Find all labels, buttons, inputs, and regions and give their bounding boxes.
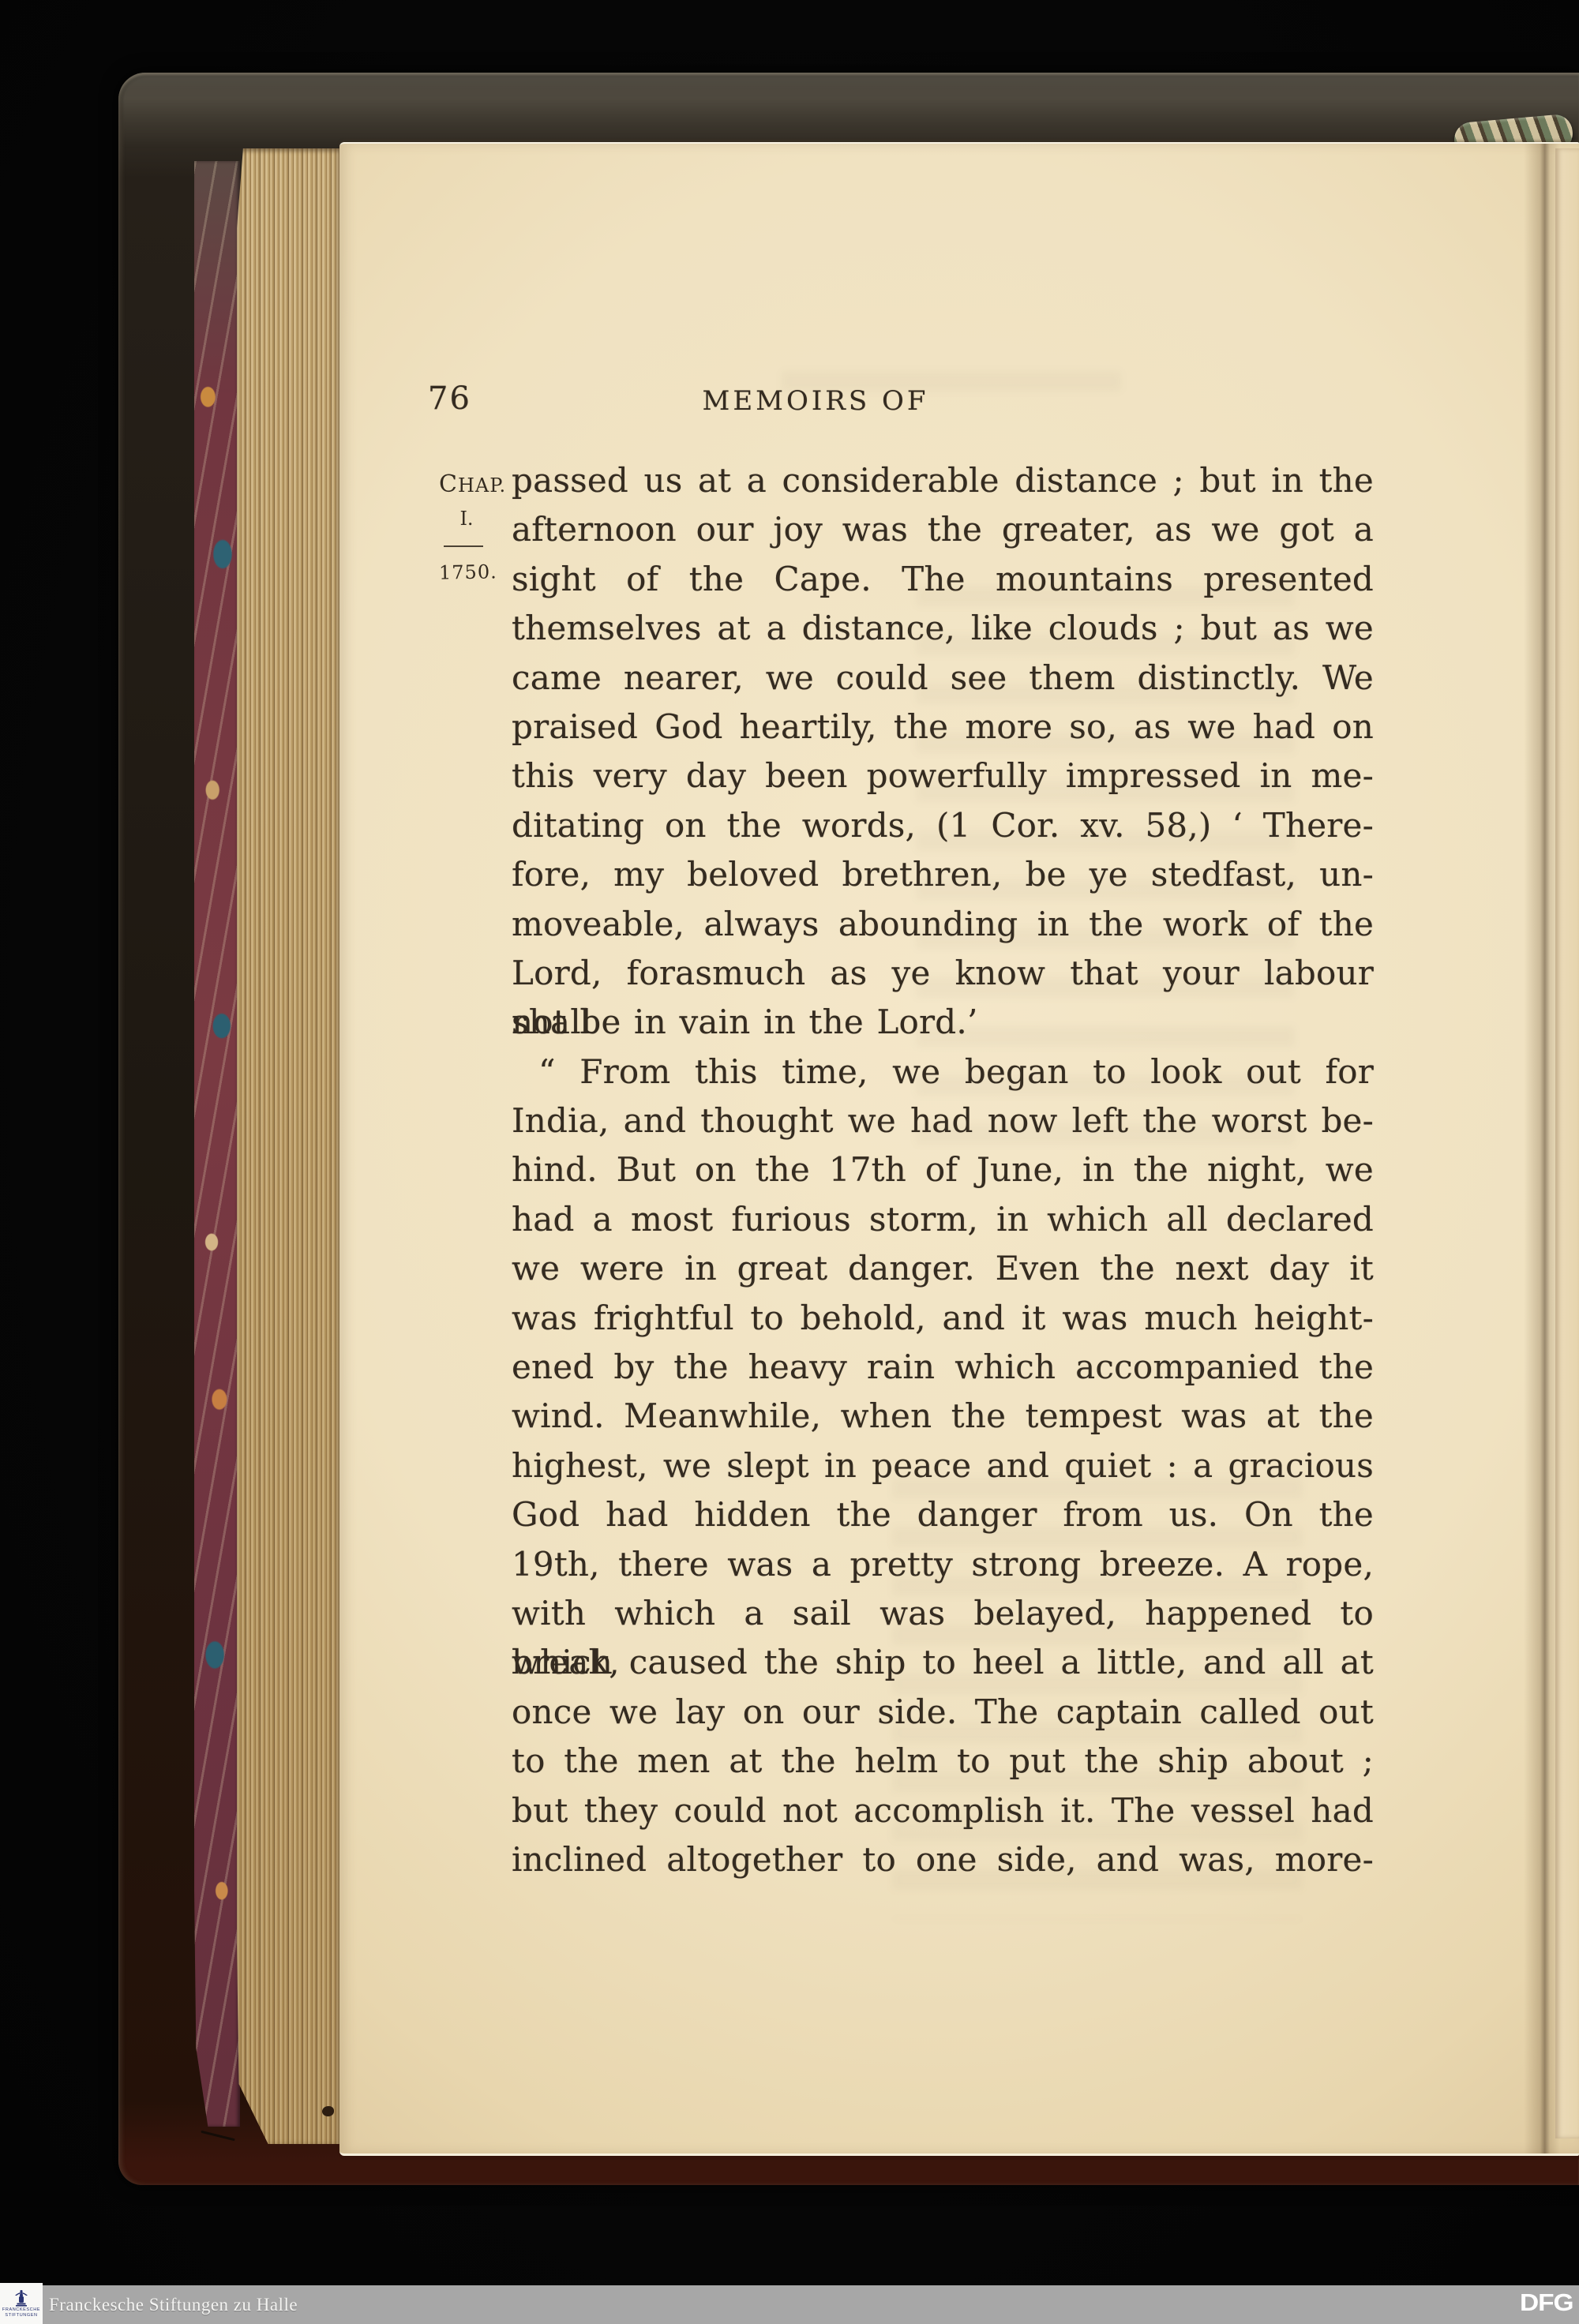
text-line: but they could not accomplish it. The ve… <box>512 1786 1374 1835</box>
margin-year: 1750. <box>439 560 494 583</box>
text-line: with which a sail was belayed, happened … <box>512 1589 1374 1638</box>
text-line: was frightful to behold, and it was much… <box>512 1294 1374 1343</box>
francke-emblem-icon <box>13 2289 29 2307</box>
cover-top-highlight <box>123 77 1579 147</box>
ink-speck <box>322 2106 334 2116</box>
text-line: God had hidden the danger from us. On th… <box>512 1490 1374 1539</box>
text-line: India, and thought we had now left the w… <box>512 1096 1374 1145</box>
text-line: once we lay on our side. The captain cal… <box>512 1688 1374 1737</box>
text-line: afternoon our joy was the greater, as we… <box>512 505 1374 554</box>
chapter-label: CHAP. <box>439 470 494 498</box>
page-stack-fore-edge <box>237 148 341 2144</box>
text-line: themselves at a distance, like clouds ; … <box>512 604 1374 653</box>
library-logo-box: FRANCKESCHE STIFTUNGEN <box>0 2283 43 2324</box>
adjacent-page-edge <box>1555 148 1579 2138</box>
marbled-paper-edge <box>194 161 240 2127</box>
chapter-numeral: I. <box>439 508 494 530</box>
running-header: MEMOIRS OF <box>693 385 938 417</box>
text-line: highest, we slept in peace and quiet : a… <box>512 1441 1374 1490</box>
text-line: Lord, forasmuch as ye know that your lab… <box>512 949 1374 998</box>
logo-text-line1: FRANCKESCHE <box>2 2307 40 2312</box>
body-text: passed us at a considerable distance ; b… <box>512 456 1374 1884</box>
text-line: not be in vain in the Lord.’ <box>512 998 1374 1047</box>
text-line: this very day been powerfully impressed … <box>512 752 1374 800</box>
text-line: came nearer, we could see them distinctl… <box>512 654 1374 703</box>
page-number: 76 <box>428 380 471 417</box>
text-line: fore, my beloved brethren, be ye stedfas… <box>512 850 1374 899</box>
margin-rule <box>444 545 483 547</box>
text-line: had a most furious storm, in which all d… <box>512 1195 1374 1244</box>
text-line: passed us at a considerable distance ; b… <box>512 456 1374 505</box>
text-line: ditating on the words, (1 Cor. xv. 58,) … <box>512 801 1374 850</box>
footer-bar: Franckesche Stiftungen zu Halle DFG <box>0 2285 1579 2324</box>
dfg-logo: DFG <box>1520 2288 1573 2317</box>
logo-text-line2: STIFTUNGEN <box>5 2313 37 2318</box>
text-line: wind. Meanwhile, when the tempest was at… <box>512 1392 1374 1441</box>
library-name: Franckesche Stiftungen zu Halle <box>49 2295 298 2315</box>
text-line: ened by the heavy rain which accompanied… <box>512 1343 1374 1392</box>
text-line: moveable, always abounding in the work o… <box>512 900 1374 949</box>
text-line: we were in great danger. Even the next d… <box>512 1244 1374 1293</box>
text-line: which caused the ship to heel a little, … <box>512 1638 1374 1687</box>
text-line: praised God heartily, the more so, as we… <box>512 703 1374 752</box>
text-line: 19th, there was a pretty strong breeze. … <box>512 1540 1374 1589</box>
text-line: inclined altogether to one side, and was… <box>512 1835 1374 1884</box>
text-line: hind. But on the 17th of June, in the ni… <box>512 1145 1374 1194</box>
scan-background: { "page": { "page_number": "76", "runnin… <box>0 0 1579 2324</box>
margin-note: CHAP. I. 1750. <box>439 470 494 583</box>
text-line: to the men at the helm to put the ship a… <box>512 1737 1374 1786</box>
book: 76 MEMOIRS OF CHAP. I. 1750. passed us a… <box>118 73 1579 2185</box>
text-line: “ From this time, we began to look out f… <box>512 1048 1374 1096</box>
book-page: 76 MEMOIRS OF CHAP. I. 1750. passed us a… <box>339 142 1579 2156</box>
text-line: sight of the Cape. The mountains present… <box>512 555 1374 604</box>
